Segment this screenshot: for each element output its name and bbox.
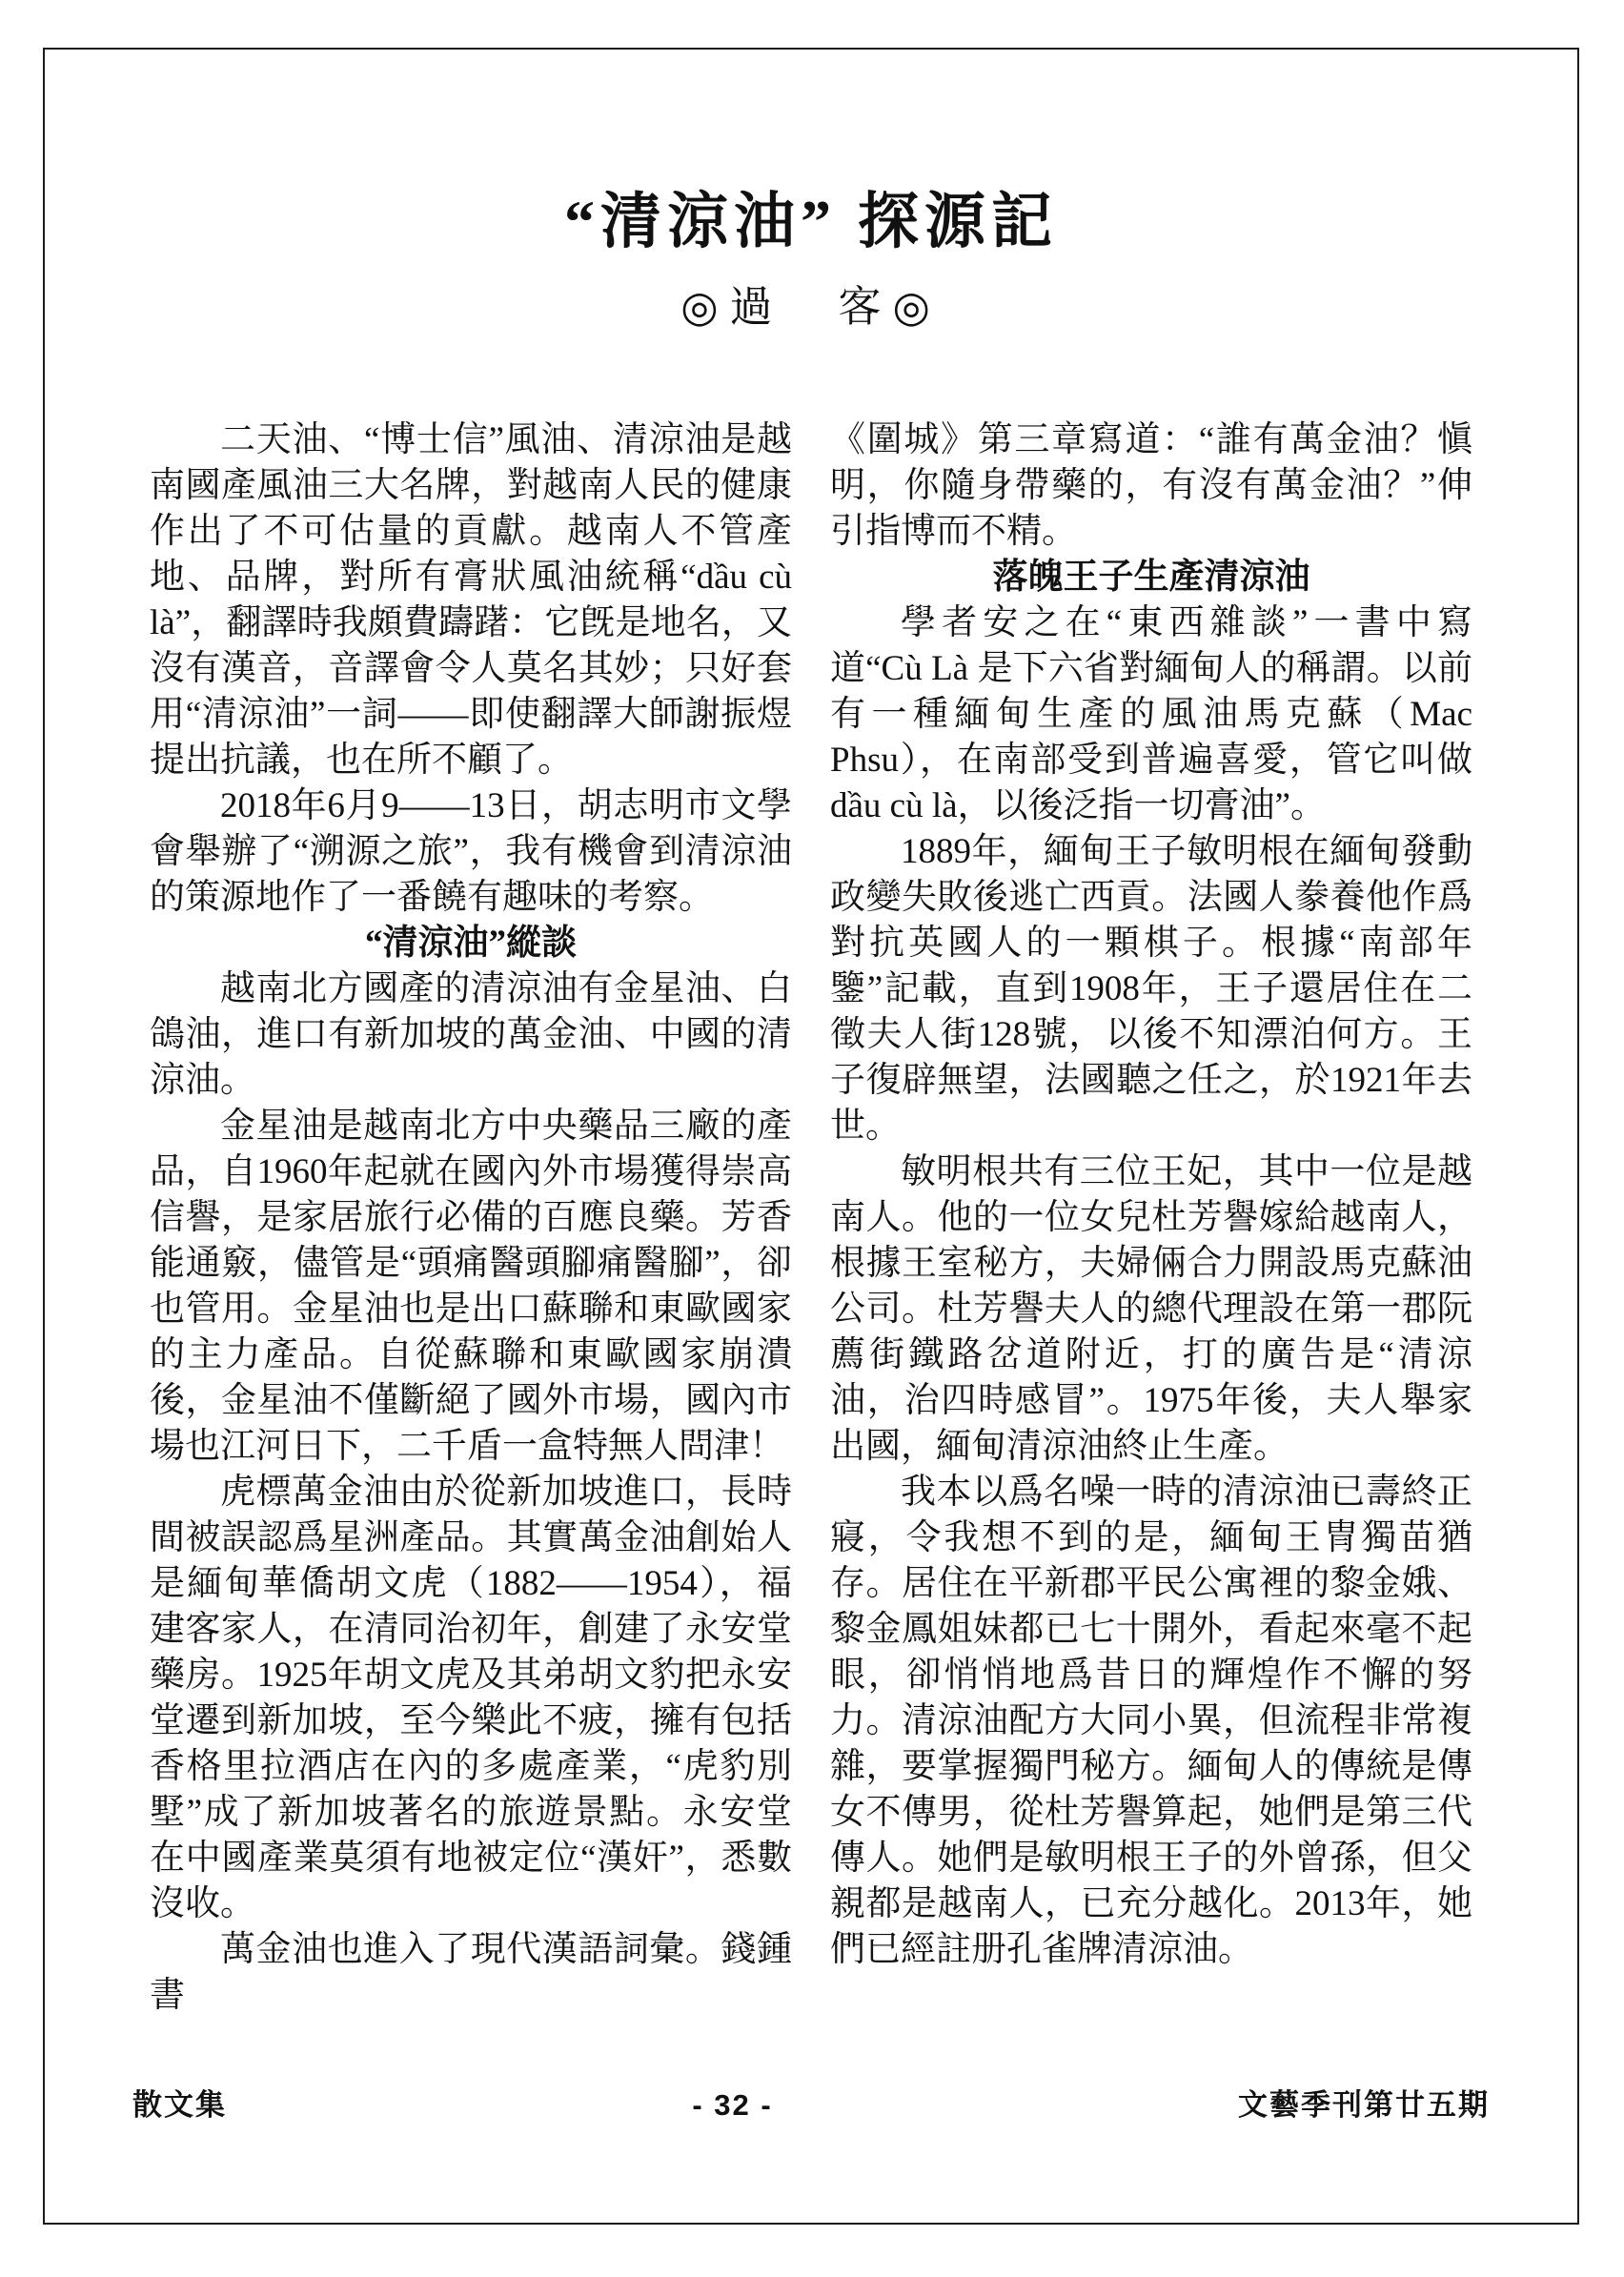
page-title: “清涼油” 探源記 — [150, 189, 1472, 255]
article-columns: 二天油、“博士信”風油、清涼油是越南國產風油三大名牌，對越南人民的健康作出了不可… — [150, 417, 1472, 2019]
footer-page-number: - 32 - — [692, 2088, 772, 2123]
footer-section-name: 散文集 — [132, 2081, 227, 2124]
article: “清涼油” 探源記 ◎過 客◎ 二天油、“博士信”風油、清涼油是越南國產風油三大… — [45, 189, 1577, 2019]
paragraph: 敏明根共有三位王妃，其中一位是越南人。他的一位女兒杜芳譽嫁給越南人，根據王室秘方… — [830, 1149, 1472, 1470]
paragraph: 我本以爲名噪一時的清涼油已壽終正寢，令我想不到的是，緬甸王冑獨苗猶存。居住在平新… — [830, 1470, 1472, 1973]
paragraph: 2018年6月9——13日，胡志明市文學會舉辦了“溯源之旅”，我有機會到清涼油的… — [150, 783, 792, 921]
paragraph: 越南北方國產的清涼油有金星油、白鴿油，進口有新加坡的萬金油、中國的清涼油。 — [150, 966, 792, 1104]
paragraph: 1889年，緬甸王子敏明根在緬甸發動政變失敗後逃亡西貢。法國人豢養他作爲對抗英國… — [830, 829, 1472, 1149]
paragraph: 二天油、“博士信”風油、清涼油是越南國產風油三大名牌，對越南人民的健康作出了不可… — [150, 417, 792, 783]
left-column: 二天油、“博士信”風油、清涼油是越南國產風油三大名牌，對越南人民的健康作出了不可… — [150, 417, 792, 2019]
page-footer: 散文集 - 32 - 文藝季刊第廿五期 — [45, 2081, 1577, 2124]
right-column: 《圍城》第三章寫道：“誰有萬金油？愼明，你隨身帶藥的，有沒有萬金油？”伸引指博而… — [830, 417, 1472, 2019]
page-border: “清涼油” 探源記 ◎過 客◎ 二天油、“博士信”風油、清涼油是越南國產風油三大… — [43, 48, 1579, 2225]
paragraph: 《圍城》第三章寫道：“誰有萬金油？愼明，你隨身帶藥的，有沒有萬金油？”伸引指博而… — [830, 417, 1472, 555]
section-heading: 落魄王子生產清涼油 — [830, 555, 1472, 600]
paragraph: 學者安之在“東西雜談”一書中寫道“Cù Là 是下六省對緬甸人的稱謂。以前有一種… — [830, 600, 1472, 829]
paragraph: 金星油是越南北方中央藥品三廠的產品，自1960年起就在國內外市場獲得崇高信譽，是… — [150, 1104, 792, 1470]
paragraph: 虎標萬金油由於從新加坡進口，長時間被誤認爲星洲產品。其實萬金油創始人是緬甸華僑胡… — [150, 1470, 792, 1927]
footer-journal-issue: 文藝季刊第廿五期 — [1238, 2081, 1490, 2124]
section-heading: “清涼油”縱談 — [150, 921, 792, 966]
paragraph: 萬金油也進入了現代漢語詞彙。錢鍾書 — [150, 1927, 792, 2019]
author-byline: ◎過 客◎ — [150, 284, 1472, 332]
